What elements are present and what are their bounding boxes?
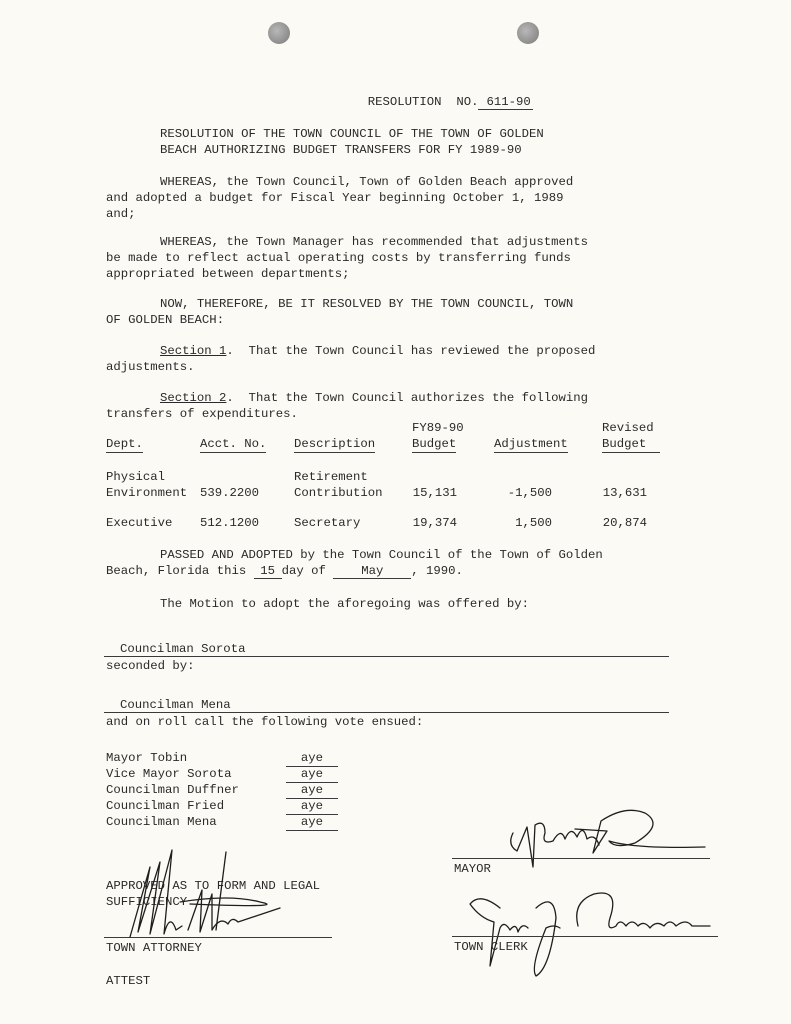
vote-value: aye: [286, 815, 338, 831]
mayor-signature-line: [452, 858, 710, 859]
section-1-line-1: Section 1. That the Town Council has rev…: [160, 343, 595, 359]
passed-year: , 1990.: [411, 564, 463, 578]
whereas-1-line-1: WHEREAS, the Town Council, Town of Golde…: [160, 174, 573, 190]
header-revised-top: Revised: [602, 420, 654, 436]
cell-adjustment: 1,500: [480, 515, 552, 531]
punch-hole-left: [268, 22, 290, 44]
voter-name: Councilman Mena: [106, 814, 217, 830]
punch-hole-right: [517, 22, 539, 44]
mayor-label: MAYOR: [454, 861, 491, 877]
header-budget: Budget: [412, 436, 456, 452]
cell-acct: 539.2200: [200, 485, 259, 501]
resolution-number: 611-90: [478, 95, 532, 110]
whereas-1-line-2: and adopted a budget for Fiscal Year beg…: [106, 190, 564, 206]
vote-value: aye: [286, 799, 338, 815]
section-1-text: . That the Town Council has reviewed the…: [226, 344, 595, 358]
header-dept: Dept.: [106, 436, 143, 452]
mayor-signature: [505, 805, 725, 880]
section-2-line-1: Section 2. That the Town Council authori…: [160, 390, 588, 406]
town-clerk-signature: [460, 878, 730, 978]
whereas-2-line-3: appropriated between departments;: [106, 266, 350, 282]
attest-label: ATTEST: [106, 973, 150, 989]
motion-seconded-by: Councilman Mena: [120, 697, 231, 713]
cell-dept-line1: Physical: [106, 469, 165, 485]
header-desc: Description: [294, 436, 375, 452]
section-1-label: Section 1: [160, 344, 226, 358]
resolution-heading: RESOLUTION NO.611-90: [353, 78, 533, 110]
passed-day-of: day of: [282, 564, 326, 578]
cell-budget: 19,374: [400, 515, 457, 531]
cell-desc-line2: Contribution: [294, 485, 383, 501]
passed-line-2: Beach, Florida this 15day of May, 1990.: [106, 563, 463, 579]
cell-adjustment: -1,500: [480, 485, 552, 501]
voter-name: Councilman Duffner: [106, 782, 239, 798]
attorney-signature: [120, 842, 320, 942]
voter-name: Mayor Tobin: [106, 750, 187, 766]
resolution-title-line-1: RESOLUTION OF THE TOWN COUNCIL OF THE TO…: [160, 126, 544, 142]
resolution-label: RESOLUTION NO.: [368, 95, 479, 109]
resolved-line-1: NOW, THEREFORE, BE IT RESOLVED BY THE TO…: [160, 296, 573, 312]
vote-value: aye: [286, 767, 338, 783]
passed-month: May: [333, 564, 411, 579]
section-2-text: . That the Town Council authorizes the f…: [226, 391, 588, 405]
voter-name: Councilman Fried: [106, 798, 224, 814]
roll-call-label: and on roll call the following vote ensu…: [106, 714, 423, 730]
header-revised: Budget: [602, 436, 660, 452]
passed-prefix: Beach, Florida this: [106, 564, 246, 578]
whereas-2-line-1: WHEREAS, the Town Manager has recommende…: [160, 234, 588, 250]
clerk-label: TOWN CLERK: [454, 939, 528, 955]
passed-day: 15: [254, 564, 282, 579]
section-1-line-2: adjustments.: [106, 359, 195, 375]
cell-desc: Secretary: [294, 515, 360, 531]
vote-value: aye: [286, 783, 338, 799]
seconded-label: seconded by:: [106, 658, 195, 674]
header-acct: Acct. No.: [200, 436, 266, 452]
clerk-signature-line: [452, 936, 718, 937]
cell-budget: 15,131: [400, 485, 457, 501]
whereas-2-line-2: be made to reflect actual operating cost…: [106, 250, 571, 266]
cell-revised: 20,874: [590, 515, 647, 531]
cell-dept-line2: Environment: [106, 485, 187, 501]
cell-dept: Executive: [106, 515, 172, 531]
whereas-1-line-3: and;: [106, 206, 136, 222]
cell-acct: 512.1200: [200, 515, 259, 531]
header-budget-top: FY89-90: [412, 420, 464, 436]
motion-offered-by: Councilman Sorota: [120, 641, 245, 657]
seconded-by-rule: [104, 712, 669, 713]
voter-name: Vice Mayor Sorota: [106, 766, 231, 782]
resolution-title-line-2: BEACH AUTHORIZING BUDGET TRANSFERS FOR F…: [160, 142, 522, 158]
header-adjustment: Adjustment: [494, 436, 568, 452]
section-2-label: Section 2: [160, 391, 226, 405]
motion-intro: The Motion to adopt the aforegoing was o…: [160, 596, 529, 612]
vote-value: aye: [286, 751, 338, 767]
section-2-line-2: transfers of expenditures.: [106, 406, 298, 422]
cell-desc-line1: Retirement: [294, 469, 368, 485]
attorney-label: TOWN ATTORNEY: [106, 940, 202, 956]
offered-by-rule: [104, 656, 669, 657]
cell-revised: 13,631: [590, 485, 647, 501]
passed-line-1: PASSED AND ADOPTED by the Town Council o…: [160, 547, 603, 563]
resolved-line-2: OF GOLDEN BEACH:: [106, 312, 224, 328]
